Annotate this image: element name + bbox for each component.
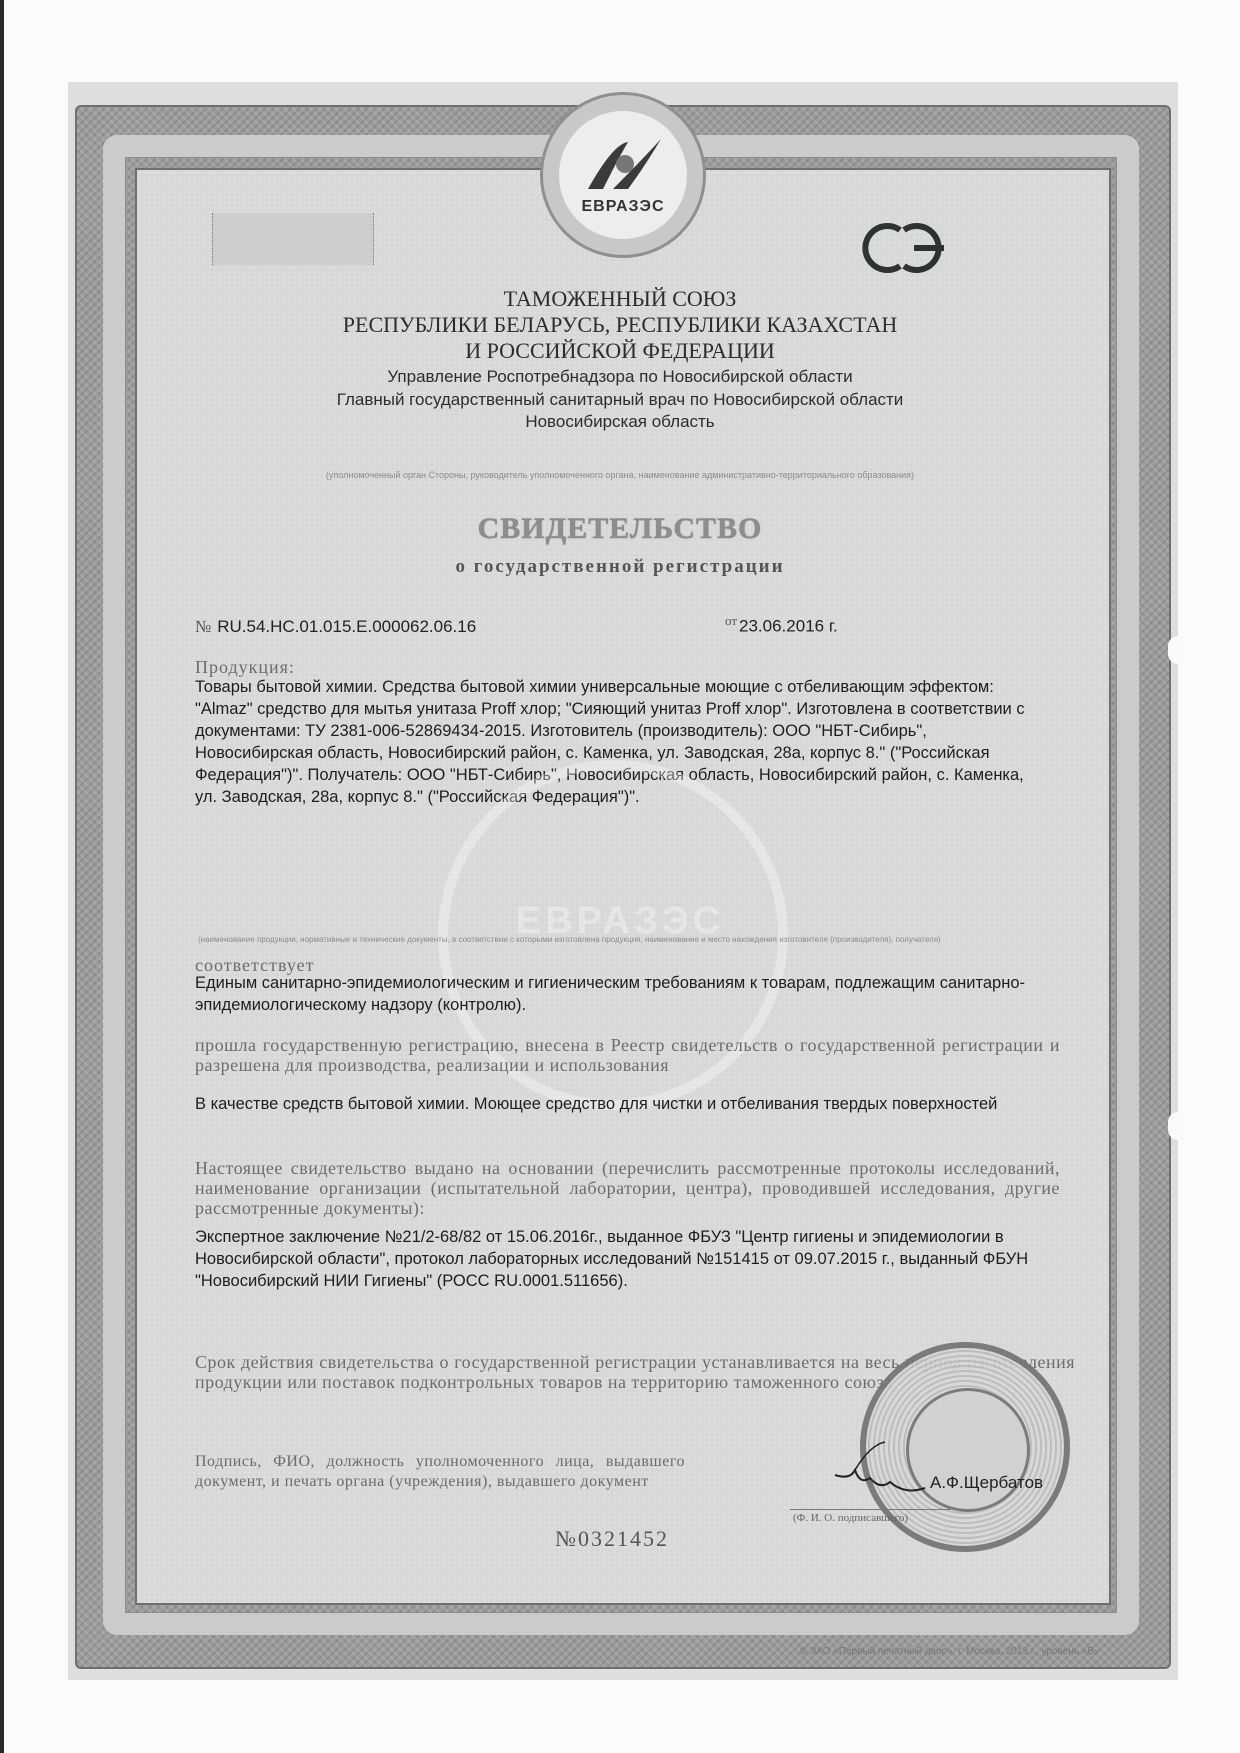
header-federation: И РОССИЙСКОЙ ФЕДЕРАЦИИ [0,338,1240,364]
product-caption: (наименование продукции, нормативные и т… [198,935,1068,944]
scan-edge [0,0,4,1753]
header-republics: РЕСПУБЛИКИ БЕЛАРУСЬ, РЕСПУБЛИКИ КАЗАХСТА… [0,312,1240,338]
signature-caption: (Ф. И. О. подписавшего) [793,1512,908,1524]
header-region: Новосибирская область [0,412,1240,432]
product-label: Продукция: [195,657,295,678]
signature-line [790,1509,950,1510]
registration-number: №RU.54.HC.01.015.E.000062.06.16 [195,617,476,637]
registration-number-value: RU.54.HC.01.015.E.000062.06.16 [217,617,476,636]
punch-hole [1168,636,1186,664]
blank-field [212,213,374,265]
emblem-label: ЕВРАЗЭС [581,198,664,216]
form-serial-number: №0321452 [555,1526,669,1552]
document-subtitle: о государственной регистрации [0,556,1240,578]
signer-name: А.Ф.Щербатов [930,1473,1043,1493]
registration-date-value: 23.06.2016 г. [739,617,838,636]
document-title: СВИДЕТЕЛЬСТВО [0,512,1240,546]
header-union: ТАМОЖЕННЫЙ СОЮЗ [0,286,1240,312]
registration-date: от23.06.2016 г. [725,613,838,637]
printer-note: © ЗАО «Первый печатный двор», г. Москва,… [800,1646,1100,1657]
authority-caption: (уполномоченный орган Стороны, руководит… [262,470,978,480]
eurasec-swoosh-icon [583,134,663,194]
number-sign: № [195,617,211,636]
basis-documents: Экспертное заключение №21/2-68/82 от 15.… [195,1226,1045,1292]
header-sanitary-doctor: Главный государственный санитарный врач … [0,390,1240,410]
header-authority: Управление Роспотребнадзора по Новосибир… [0,367,1240,387]
eurasec-emblem-icon: ЕВРАЗЭС [540,92,706,258]
eac-ce-conformity-icon [852,218,952,278]
usage-text: В качестве средств бытовой химии. Моющее… [195,1093,1045,1115]
date-prefix: от [725,613,737,628]
punch-hole [1168,1112,1186,1140]
conformity-text: Единым санитарно-эпидемиологическим и ги… [195,972,1045,1016]
registration-statement: прошла государственную регистрацию, внес… [195,1035,1060,1075]
basis-statement: Настоящее свидетельство выдано на основа… [195,1158,1060,1218]
signature-instruction: Подпись, ФИО, должность уполномоченного … [195,1452,685,1492]
